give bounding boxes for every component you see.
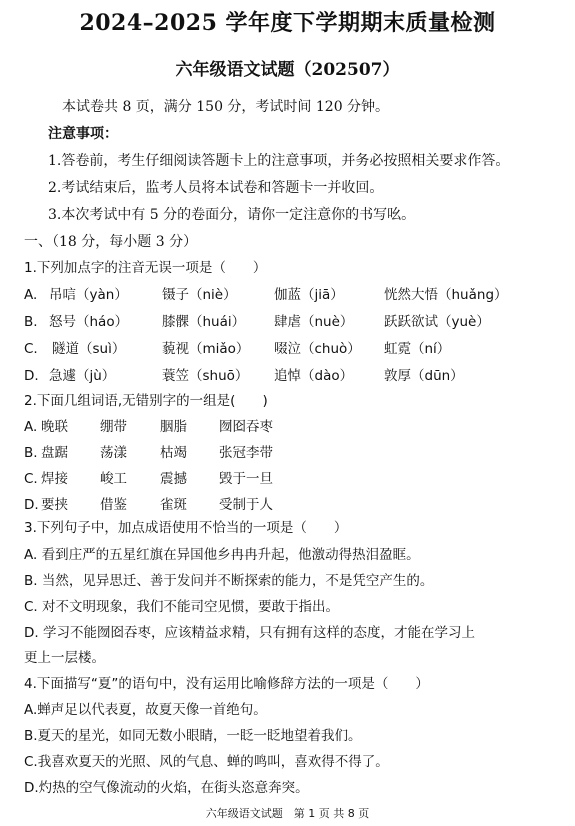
option-item: 藐视（miǎo） [162, 339, 249, 359]
option-item: 震撼 [160, 469, 187, 489]
option-label: B. [24, 312, 38, 332]
option-item: 雀斑 [160, 495, 187, 515]
option-item: 毁于一旦 [219, 469, 273, 489]
page-subtitle: 六年级语文试题（202507） [0, 58, 575, 82]
option-label: A. [24, 417, 37, 437]
question-1-option-b: B. 怒号（háo） 膝髁（huái） 肆虐（nuè） 跃跃欲试（yuè） [24, 312, 564, 332]
section-heading: 一、（18 分，每小题 3 分） [24, 232, 197, 252]
option-item: 胭脂 [160, 417, 187, 437]
question-3-stem: 3.下列句子中，加点成语使用不恰当的一项是（ ） [24, 518, 347, 538]
question-4-option-a: A.蝉声足以代表夏，故夏天像一首绝句。 [24, 700, 267, 720]
option-label: D. [24, 495, 39, 515]
option-item: 蓑笠（shuō） [162, 366, 248, 386]
option-item: 隧道（suì） [52, 339, 125, 359]
option-label: C. [24, 469, 38, 489]
option-item: 峻工 [100, 469, 127, 489]
question-2-option-c: C. 焊接 峻工 震撼 毁于一旦 [24, 469, 564, 489]
question-1-stem: 1.下列加点字的注音无误一项是（ ） [24, 258, 266, 278]
option-item: 镊子（niè） [162, 285, 237, 305]
option-item: 要挟 [41, 495, 68, 515]
exam-page: 2024–2025 学年度下学期期末质量检测 六年级语文试题（202507） 本… [0, 0, 575, 826]
option-item: 借鉴 [100, 495, 127, 515]
option-item: 吊唁（yàn） [49, 285, 128, 305]
question-4-option-d: D.灼热的空气像流动的火焰，在街头恣意奔突。 [24, 778, 309, 798]
question-3-option-c: C. 对不文明现象，我们不能司空见惯，要敢于指出。 [24, 597, 339, 617]
question-4-option-b: B.夏天的星光，如同无数小眼睛，一眨一眨地望着我们。 [24, 726, 362, 746]
notice-item: 2.考试结束后，监考人员将本试卷和答题卡一并收回。 [48, 178, 383, 198]
question-2-option-d: D. 要挟 借鉴 雀斑 受制于人 [24, 495, 564, 515]
notice-item: 1.答卷前，考生仔细阅读答题卡上的注意事项，并务必按照相关要求作答。 [48, 151, 509, 171]
option-item: 膝髁（huái） [162, 312, 245, 332]
question-3-option-b: B. 当然，见异思迁、善于发问并不断探索的能力，不是凭空产生的。 [24, 571, 433, 591]
option-item: 囫囵吞枣 [219, 417, 273, 437]
option-item: 焊接 [41, 469, 68, 489]
question-1-option-c: C. 隧道（suì） 藐视（miǎo） 啜泣（chuò） 虹霓（ní） [24, 339, 564, 359]
option-item: 张冠李带 [219, 443, 273, 463]
option-label: B. [24, 443, 38, 463]
question-4-option-c: C.我喜欢夏天的光照、风的气息、蝉的鸣叫，喜欢得不得了。 [24, 752, 389, 772]
option-item: 怒号（háo） [49, 312, 128, 332]
option-item: 伽蓝（jiā） [274, 285, 344, 305]
option-label: C. [24, 339, 38, 359]
option-item: 盘踞 [41, 443, 68, 463]
question-2-option-b: B. 盘踞 荡漾 枯竭 张冠李带 [24, 443, 564, 463]
option-item: 跃跃欲试（yuè） [384, 312, 490, 332]
question-2-stem: 2.下面几组词语,无错别字的一组是( ) [24, 391, 268, 411]
option-item: 恍然大悟（huǎng） [384, 285, 508, 305]
page-title: 2024–2025 学年度下学期期末质量检测 [0, 8, 575, 38]
option-item: 虹霓（ní） [384, 339, 450, 359]
intro-text: 本试卷共 8 页，满分 150 分，考试时间 120 分钟。 [62, 97, 389, 117]
page-footer: 六年级语文试题 第 1 页 共 8 页 [0, 805, 575, 821]
option-label: D. [24, 366, 39, 386]
question-1-option-a: A. 吊唁（yàn） 镊子（niè） 伽蓝（jiā） 恍然大悟（huǎng） [24, 285, 564, 305]
option-item: 啜泣（chuò） [274, 339, 361, 359]
notice-item: 3.本次考试中有 5 分的卷面分，请你一定注意你的书写吆。 [48, 205, 415, 225]
option-label: A. [24, 285, 37, 305]
question-3-option-a: A. 看到庄严的五星红旗在异国他乡冉冉升起，他激动得热泪盈眶。 [24, 545, 420, 565]
question-2-option-a: A. 晚联 绷带 胭脂 囫囵吞枣 [24, 417, 564, 437]
question-4-stem: 4.下面描写“夏”的语句中，没有运用比喻修辞方法的一项是（ ） [24, 674, 429, 694]
question-1-option-d: D. 急遽（jù） 蓑笠（shuō） 追悼（dào） 敦厚（dūn） [24, 366, 564, 386]
option-item: 肆虐（nuè） [274, 312, 353, 332]
question-3-option-d: D. 学习不能囫囵吞枣，应该精益求精，只有拥有这样的态度，才能在学习上 [24, 623, 475, 643]
notice-heading: 注意事项： [48, 124, 118, 144]
option-item: 晚联 [41, 417, 68, 437]
option-item: 受制于人 [219, 495, 273, 515]
option-item: 追悼（dào） [274, 366, 353, 386]
option-item: 荡漾 [100, 443, 127, 463]
option-item: 枯竭 [160, 443, 187, 463]
option-item: 绷带 [100, 417, 127, 437]
option-item: 急遽（jù） [49, 366, 115, 386]
option-item: 敦厚（dūn） [384, 366, 464, 386]
question-3-option-d-cont: 更上一层楼。 [24, 648, 105, 668]
